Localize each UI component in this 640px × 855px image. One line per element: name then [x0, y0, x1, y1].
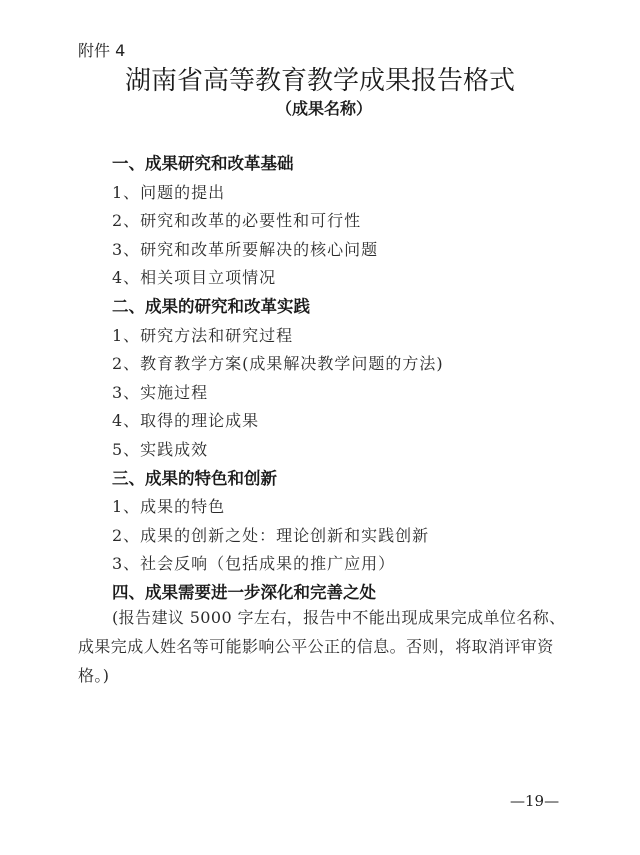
outline-item: 3、研究和改革所要解决的核心问题: [112, 236, 612, 265]
outline-item: 1、研究方法和研究过程: [112, 322, 612, 351]
section-heading-2: 二、成果的研究和改革实践: [112, 293, 612, 322]
outline-item: 4、取得的理论成果: [112, 407, 612, 436]
outline-item: 1、问题的提出: [112, 179, 612, 208]
document-subtitle: （成果名称）: [0, 96, 640, 119]
outline-item: 2、教育教学方案(成果解决教学问题的方法): [112, 350, 612, 379]
outline-item: 2、成果的创新之处：理论创新和实践创新: [112, 522, 612, 551]
page-number: —19—: [510, 792, 559, 810]
attachment-label: 附件 4: [78, 38, 125, 61]
document-title: 湖南省高等教育教学成果报告格式: [0, 60, 640, 97]
section-heading-3: 三、成果的特色和创新: [112, 465, 612, 494]
outline-item: 3、实施过程: [112, 379, 612, 408]
report-outline: 一、成果研究和改革基础 1、问题的提出 2、研究和改革的必要性和可行性 3、研究…: [112, 150, 612, 608]
outline-item: 5、实践成效: [112, 436, 612, 465]
report-note: (报告建议 5000 字左右，报告中不能出现成果完成单位名称、成果完成人姓名等可…: [78, 603, 578, 690]
section-heading-1: 一、成果研究和改革基础: [112, 150, 612, 179]
outline-item: 3、社会反响（包括成果的推广应用）: [112, 550, 612, 579]
outline-item: 1、成果的特色: [112, 493, 612, 522]
outline-item: 2、研究和改革的必要性和可行性: [112, 207, 612, 236]
outline-item: 4、相关项目立项情况: [112, 264, 612, 293]
